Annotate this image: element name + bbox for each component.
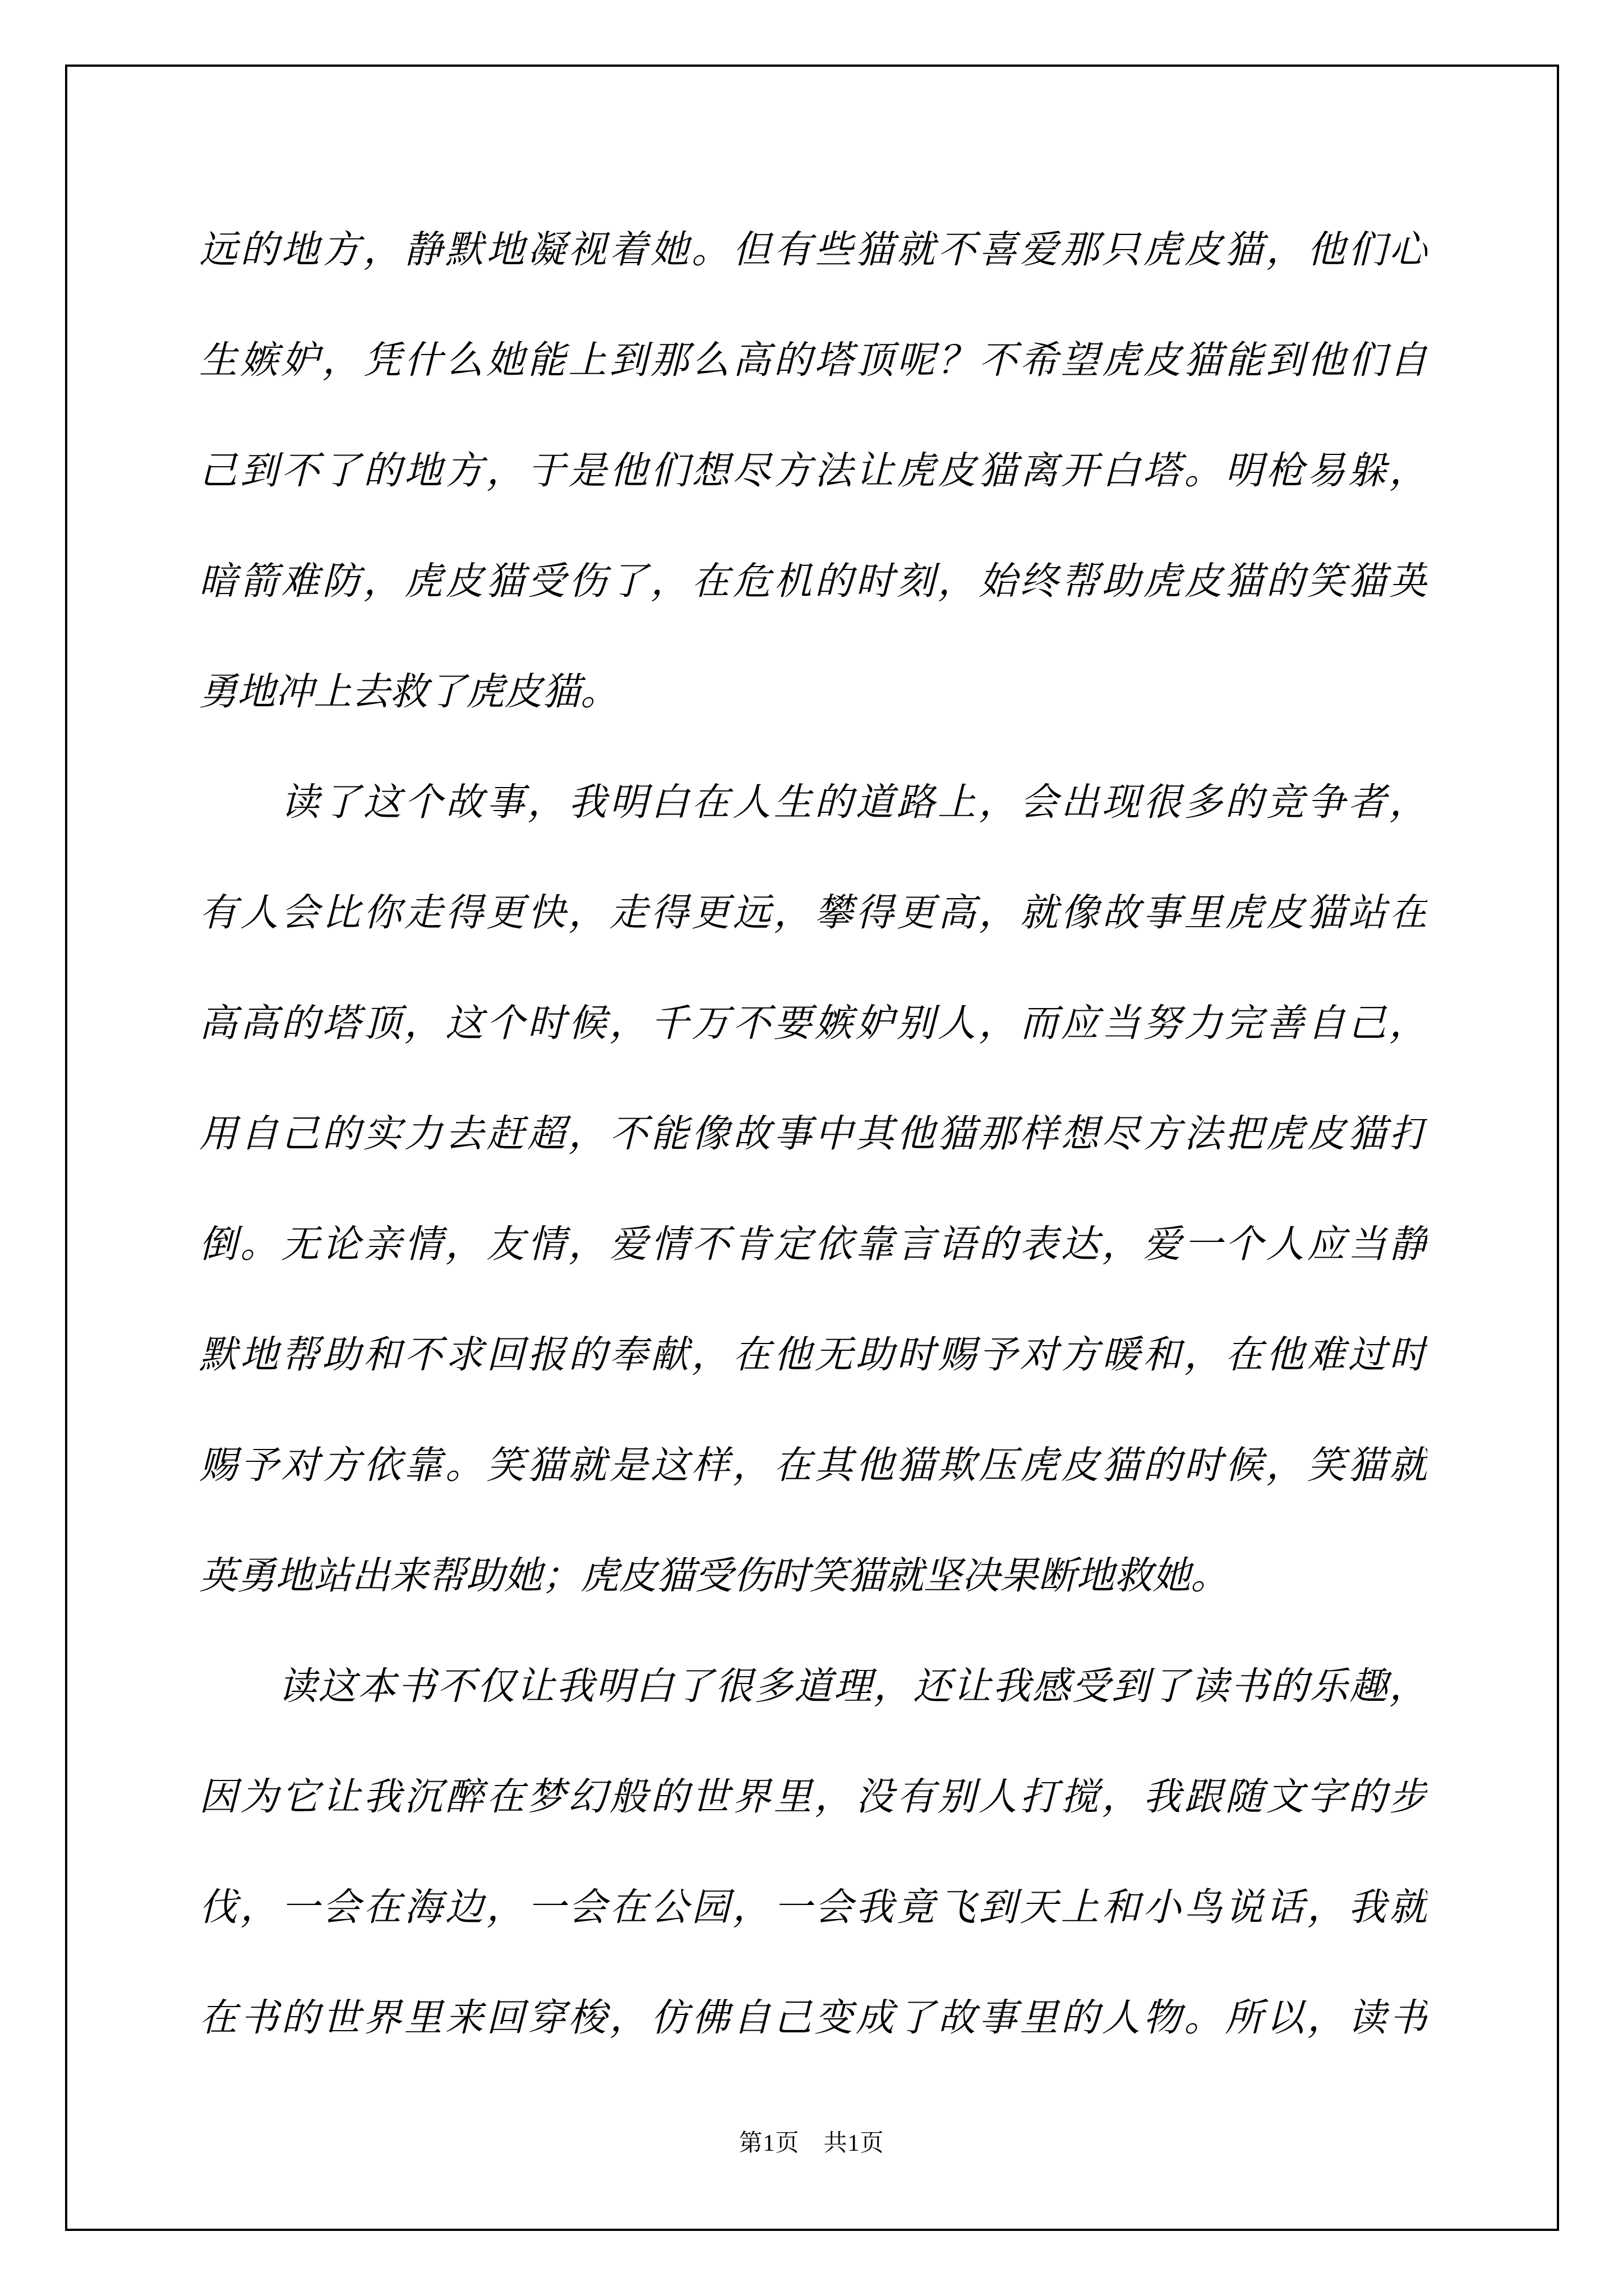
text-line: 高高的塔顶，这个时候，千万不要嫉妒别人，而应当努力完善自己， [199, 968, 1427, 1079]
text-line: 己到不了的地方，于是他们想尽方法让虎皮猫离开白塔。明枪易躲， [199, 416, 1427, 526]
text-line: 勇地冲上去救了虎皮猫。 [199, 637, 1427, 747]
text-line: 用自己的实力去赶超，不能像故事中其他猫那样想尽方法把虎皮猫打 [199, 1079, 1427, 1189]
paragraph: 读了这个故事，我明白在人生的道路上，会出现很多的竞争者，有人会比你走得更快，走得… [199, 747, 1427, 1631]
text-line: 读这本书不仅让我明白了很多道理，还让我感受到了读书的乐趣， [199, 1631, 1427, 1742]
text-line: 英勇地站出来帮助她；虎皮猫受伤时笑猫就坚决果断地救她。 [199, 1521, 1427, 1631]
document-body: 远的地方，静默地凝视着她。但有些猫就不喜爱那只虎皮猫，他们心生嫉妒，凭什么她能上… [199, 195, 1427, 2073]
text-line: 默地帮助和不求回报的奉献，在他无助时赐予对方暖和，在他难过时 [199, 1300, 1427, 1410]
text-line: 暗箭难防，虎皮猫受伤了，在危机的时刻，始终帮助虎皮猫的笑猫英 [199, 526, 1427, 637]
text-line: 远的地方，静默地凝视着她。但有些猫就不喜爱那只虎皮猫，他们心 [199, 195, 1427, 305]
text-line: 生嫉妒，凭什么她能上到那么高的塔顶呢？不希望虎皮猫能到他们自 [199, 305, 1427, 416]
page-footer: 第1页 共1页 [0, 2129, 1623, 2158]
text-line: 倒。无论亲情，友情，爱情不肯定依靠言语的表达，爱一个人应当静 [199, 1189, 1427, 1300]
text-line: 伐，一会在海边，一会在公园，一会我竟飞到天上和小鸟说话，我就 [199, 1852, 1427, 1963]
text-line: 赐予对方依靠。笑猫就是这样，在其他猫欺压虎皮猫的时候，笑猫就 [199, 1410, 1427, 1521]
document-page: 远的地方，静默地凝视着她。但有些猫就不喜爱那只虎皮猫，他们心生嫉妒，凭什么她能上… [0, 0, 1623, 2296]
text-line: 在书的世界里来回穿梭，仿佛自己变成了故事里的人物。所以，读书 [199, 1963, 1427, 2073]
text-line: 因为它让我沉醉在梦幻般的世界里，没有别人打搅，我跟随文字的步 [199, 1742, 1427, 1852]
text-line: 读了这个故事，我明白在人生的道路上，会出现很多的竞争者， [199, 747, 1427, 858]
text-line: 有人会比你走得更快，走得更远，攀得更高，就像故事里虎皮猫站在 [199, 858, 1427, 968]
paragraph: 读这本书不仅让我明白了很多道理，还让我感受到了读书的乐趣，因为它让我沉醉在梦幻般… [199, 1631, 1427, 2073]
page-number: 第1页 共1页 [739, 2131, 884, 2156]
paragraph: 远的地方，静默地凝视着她。但有些猫就不喜爱那只虎皮猫，他们心生嫉妒，凭什么她能上… [199, 195, 1427, 747]
